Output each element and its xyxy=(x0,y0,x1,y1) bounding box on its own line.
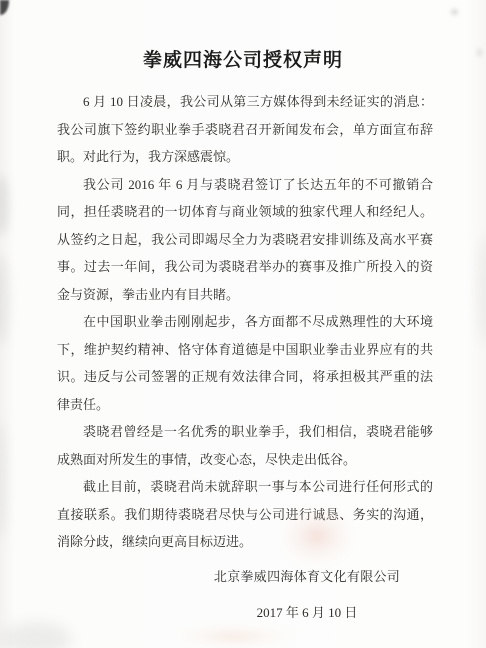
signature-block: 北京拳威四海体育文化有限公司 2017 年 6 月 10 日 xyxy=(207,566,407,621)
paragraph-3: 在中国职业拳击刚刚起步，各方面都不尽成熟理性的大环境下，维护契约精神、恪守体育道… xyxy=(57,308,433,418)
scan-artifact-bottom-left xyxy=(2,622,72,648)
scan-artifact-speck-1 xyxy=(451,9,458,15)
paragraph-5: 截止目前，裘晓君尚未就辞职一事与本公司进行任何形式的直接联系。我们期待裘晓君尽快… xyxy=(57,473,433,556)
document-title: 拳威四海公司授权声明 xyxy=(0,45,486,72)
scan-artifact-right-edge xyxy=(478,235,486,345)
scan-artifact-left-edge-3 xyxy=(0,420,6,540)
signature-date: 2017 年 6 月 10 日 xyxy=(207,602,407,621)
scan-artifact-corner-mark xyxy=(0,0,9,15)
scan-artifact-bottom-smear xyxy=(174,625,294,648)
document-body: 6 月 10 日凌晨，我公司从第三方媒体得到未经证实的消息：我公司旗下签约职业拳… xyxy=(57,88,433,556)
scanned-document-page: 拳威四海公司授权声明 6 月 10 日凌晨，我公司从第三方媒体得到未经证实的消息… xyxy=(0,0,486,648)
scan-artifact-left-edge-2 xyxy=(0,255,8,345)
paragraph-1: 6 月 10 日凌晨，我公司从第三方媒体得到未经证实的消息：我公司旗下签约职业拳… xyxy=(57,88,433,171)
signature-company-name: 北京拳威四海体育文化有限公司 xyxy=(207,566,407,585)
scan-artifact-left-edge-1 xyxy=(0,175,8,235)
paragraph-2: 我公司 2016 年 6 月与裘晓君签订了长达五年的不可撤销合同，担任裘晓君的一… xyxy=(57,171,433,309)
paragraph-4: 裘晓君曾经是一名优秀的职业拳手，我们相信，裘晓君能够成熟面对所发生的事情，改变心… xyxy=(57,418,433,473)
